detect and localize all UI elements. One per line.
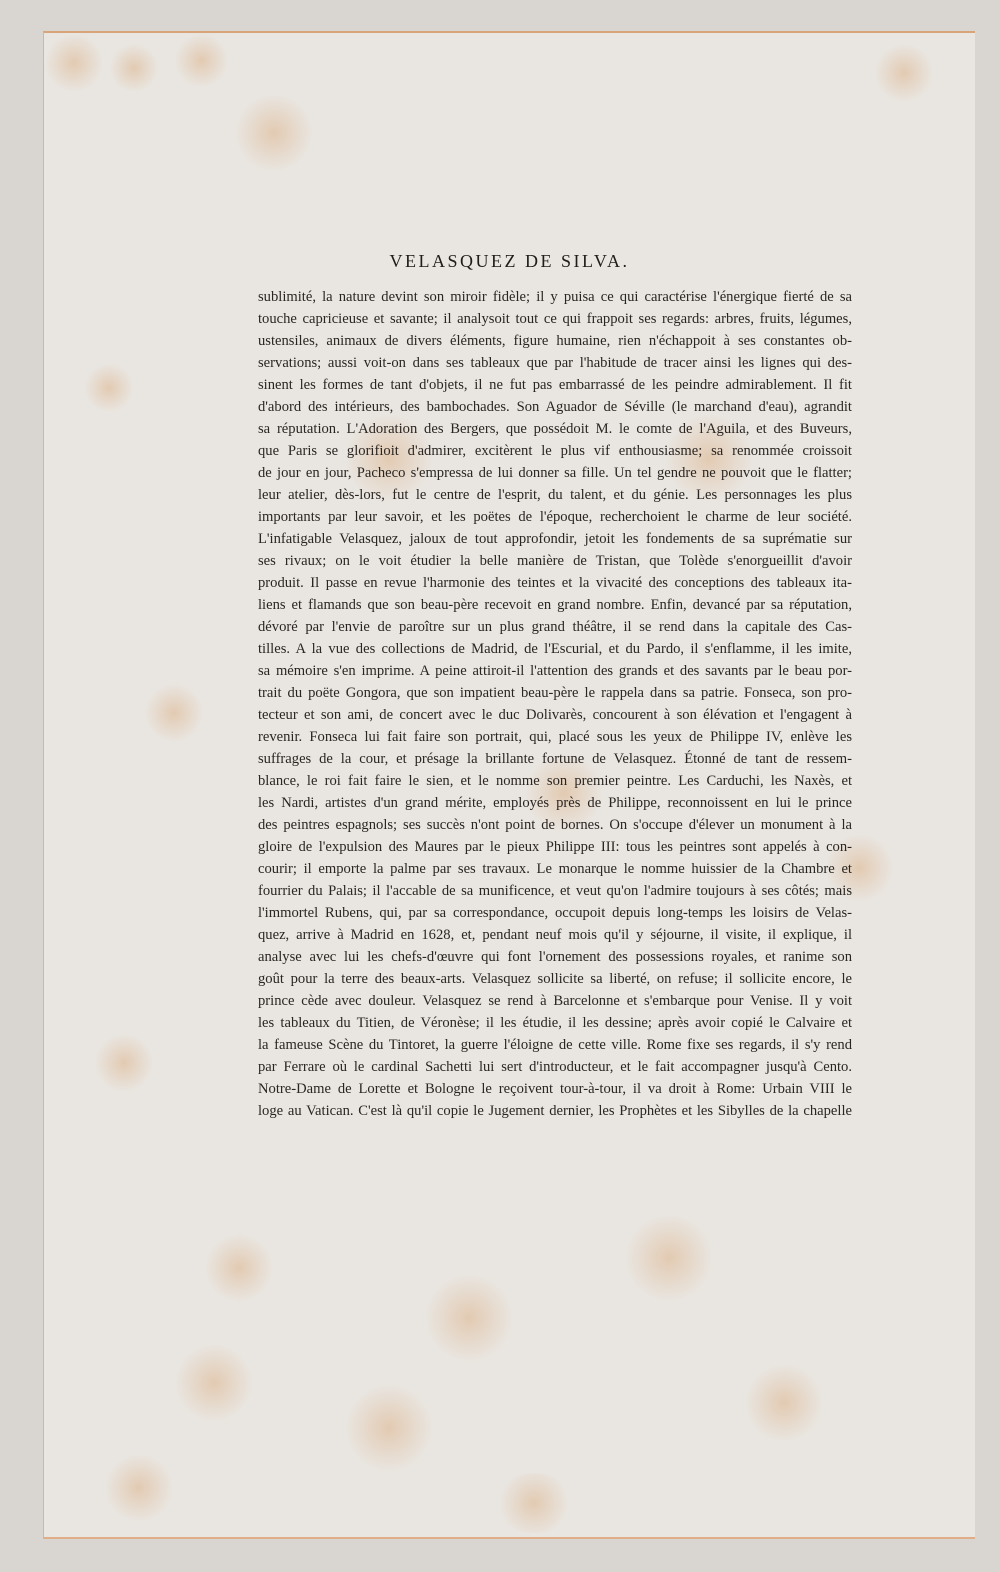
text-line: blance, le roi fait faire le sien, et le… [258,770,852,792]
text-line: les Nardi, artistes d'un grand mérite, e… [258,792,852,814]
foxing-stain [744,1363,824,1443]
foxing-stain [144,683,204,743]
text-line: goût pour la terre des beaux-arts. Velas… [258,968,852,990]
text-line: ses rivaux; on le voit étudier la belle … [258,550,852,572]
text-line: dévoré par l'envie de paroître sur un pl… [258,616,852,638]
page-title: VELASQUEZ DE SILVA. [44,251,975,272]
foxing-stain [84,363,134,413]
text-line: loge au Vatican. C'est là qu'il copie le… [258,1100,852,1122]
text-line: Notre-Dame de Lorette et Bologne le reço… [258,1078,852,1100]
text-line: prince cède avec douleur. Velasquez se r… [258,990,852,1012]
foxing-stain [94,1033,154,1093]
text-line: l'immortel Rubens, qui, par sa correspon… [258,902,852,924]
foxing-stain [344,1383,434,1473]
text-line: L'infatigable Velasquez, jaloux de tout … [258,528,852,550]
document-page: VELASQUEZ DE SILVA. sublimité, la nature… [43,31,975,1539]
text-line: touche capricieuse et savante; il analys… [258,308,852,330]
text-line: courir; il emporte la palme par ses trav… [258,858,852,880]
text-line: ustensiles, animaux de divers éléments, … [258,330,852,352]
text-line: par Ferrare où le cardinal Sachetti lui … [258,1056,852,1078]
text-line: sa mémoire s'en imprime. A peine attiroi… [258,660,852,682]
text-line: gloire de l'expulsion des Maures par le … [258,836,852,858]
text-line: sinent les formes de tant d'objets, il n… [258,374,852,396]
foxing-stain [874,43,934,103]
foxing-stain [104,1453,174,1523]
text-line: de jour en jour, Pacheco s'empressa de l… [258,462,852,484]
body-text: sublimité, la nature devint son miroir f… [258,286,852,1122]
text-line: leur atelier, dès-lors, fut le centre de… [258,484,852,506]
foxing-stain [109,43,159,93]
foxing-stain [174,1343,254,1423]
foxing-stain [234,93,314,173]
text-line: des peintres espagnols; ses succès n'ont… [258,814,852,836]
text-line: trait du poëte Gongora, que son impatien… [258,682,852,704]
text-line: quez, arrive à Madrid en 1628, et, penda… [258,924,852,946]
text-line: la fameuse Scène du Tintoret, la guerre … [258,1034,852,1056]
text-line: tecteur et son ami, de concert avec le d… [258,704,852,726]
text-line: sublimité, la nature devint son miroir f… [258,286,852,308]
text-line: analyse avec lui les chefs-d'œuvre qui f… [258,946,852,968]
text-line: produit. Il passe en revue l'harmonie de… [258,572,852,594]
text-line: suffrages de la cour, et présage la bril… [258,748,852,770]
foxing-stain [424,1273,514,1363]
foxing-stain [494,1473,574,1533]
text-line: servations; aussi voit-on dans ses table… [258,352,852,374]
text-line: sa réputation. L'Adoration des Bergers, … [258,418,852,440]
text-line: tilles. A la vue des collections de Madr… [258,638,852,660]
foxing-stain [44,33,104,93]
foxing-stain [204,1233,274,1303]
foxing-stain [624,1213,714,1303]
foxing-stain [174,33,229,88]
text-line: liens et flamands que son beau-père rece… [258,594,852,616]
text-line: fourrier du Palais; il l'accable de sa m… [258,880,852,902]
text-line: que Paris se glorifioit d'admirer, excit… [258,440,852,462]
text-line: revenir. Fonseca lui fait faire son port… [258,726,852,748]
text-line: importants par leur savoir, et les poëte… [258,506,852,528]
text-line: d'abord des intérieurs, des bambochades.… [258,396,852,418]
text-line: les tableaux du Titien, de Véronèse; il … [258,1012,852,1034]
